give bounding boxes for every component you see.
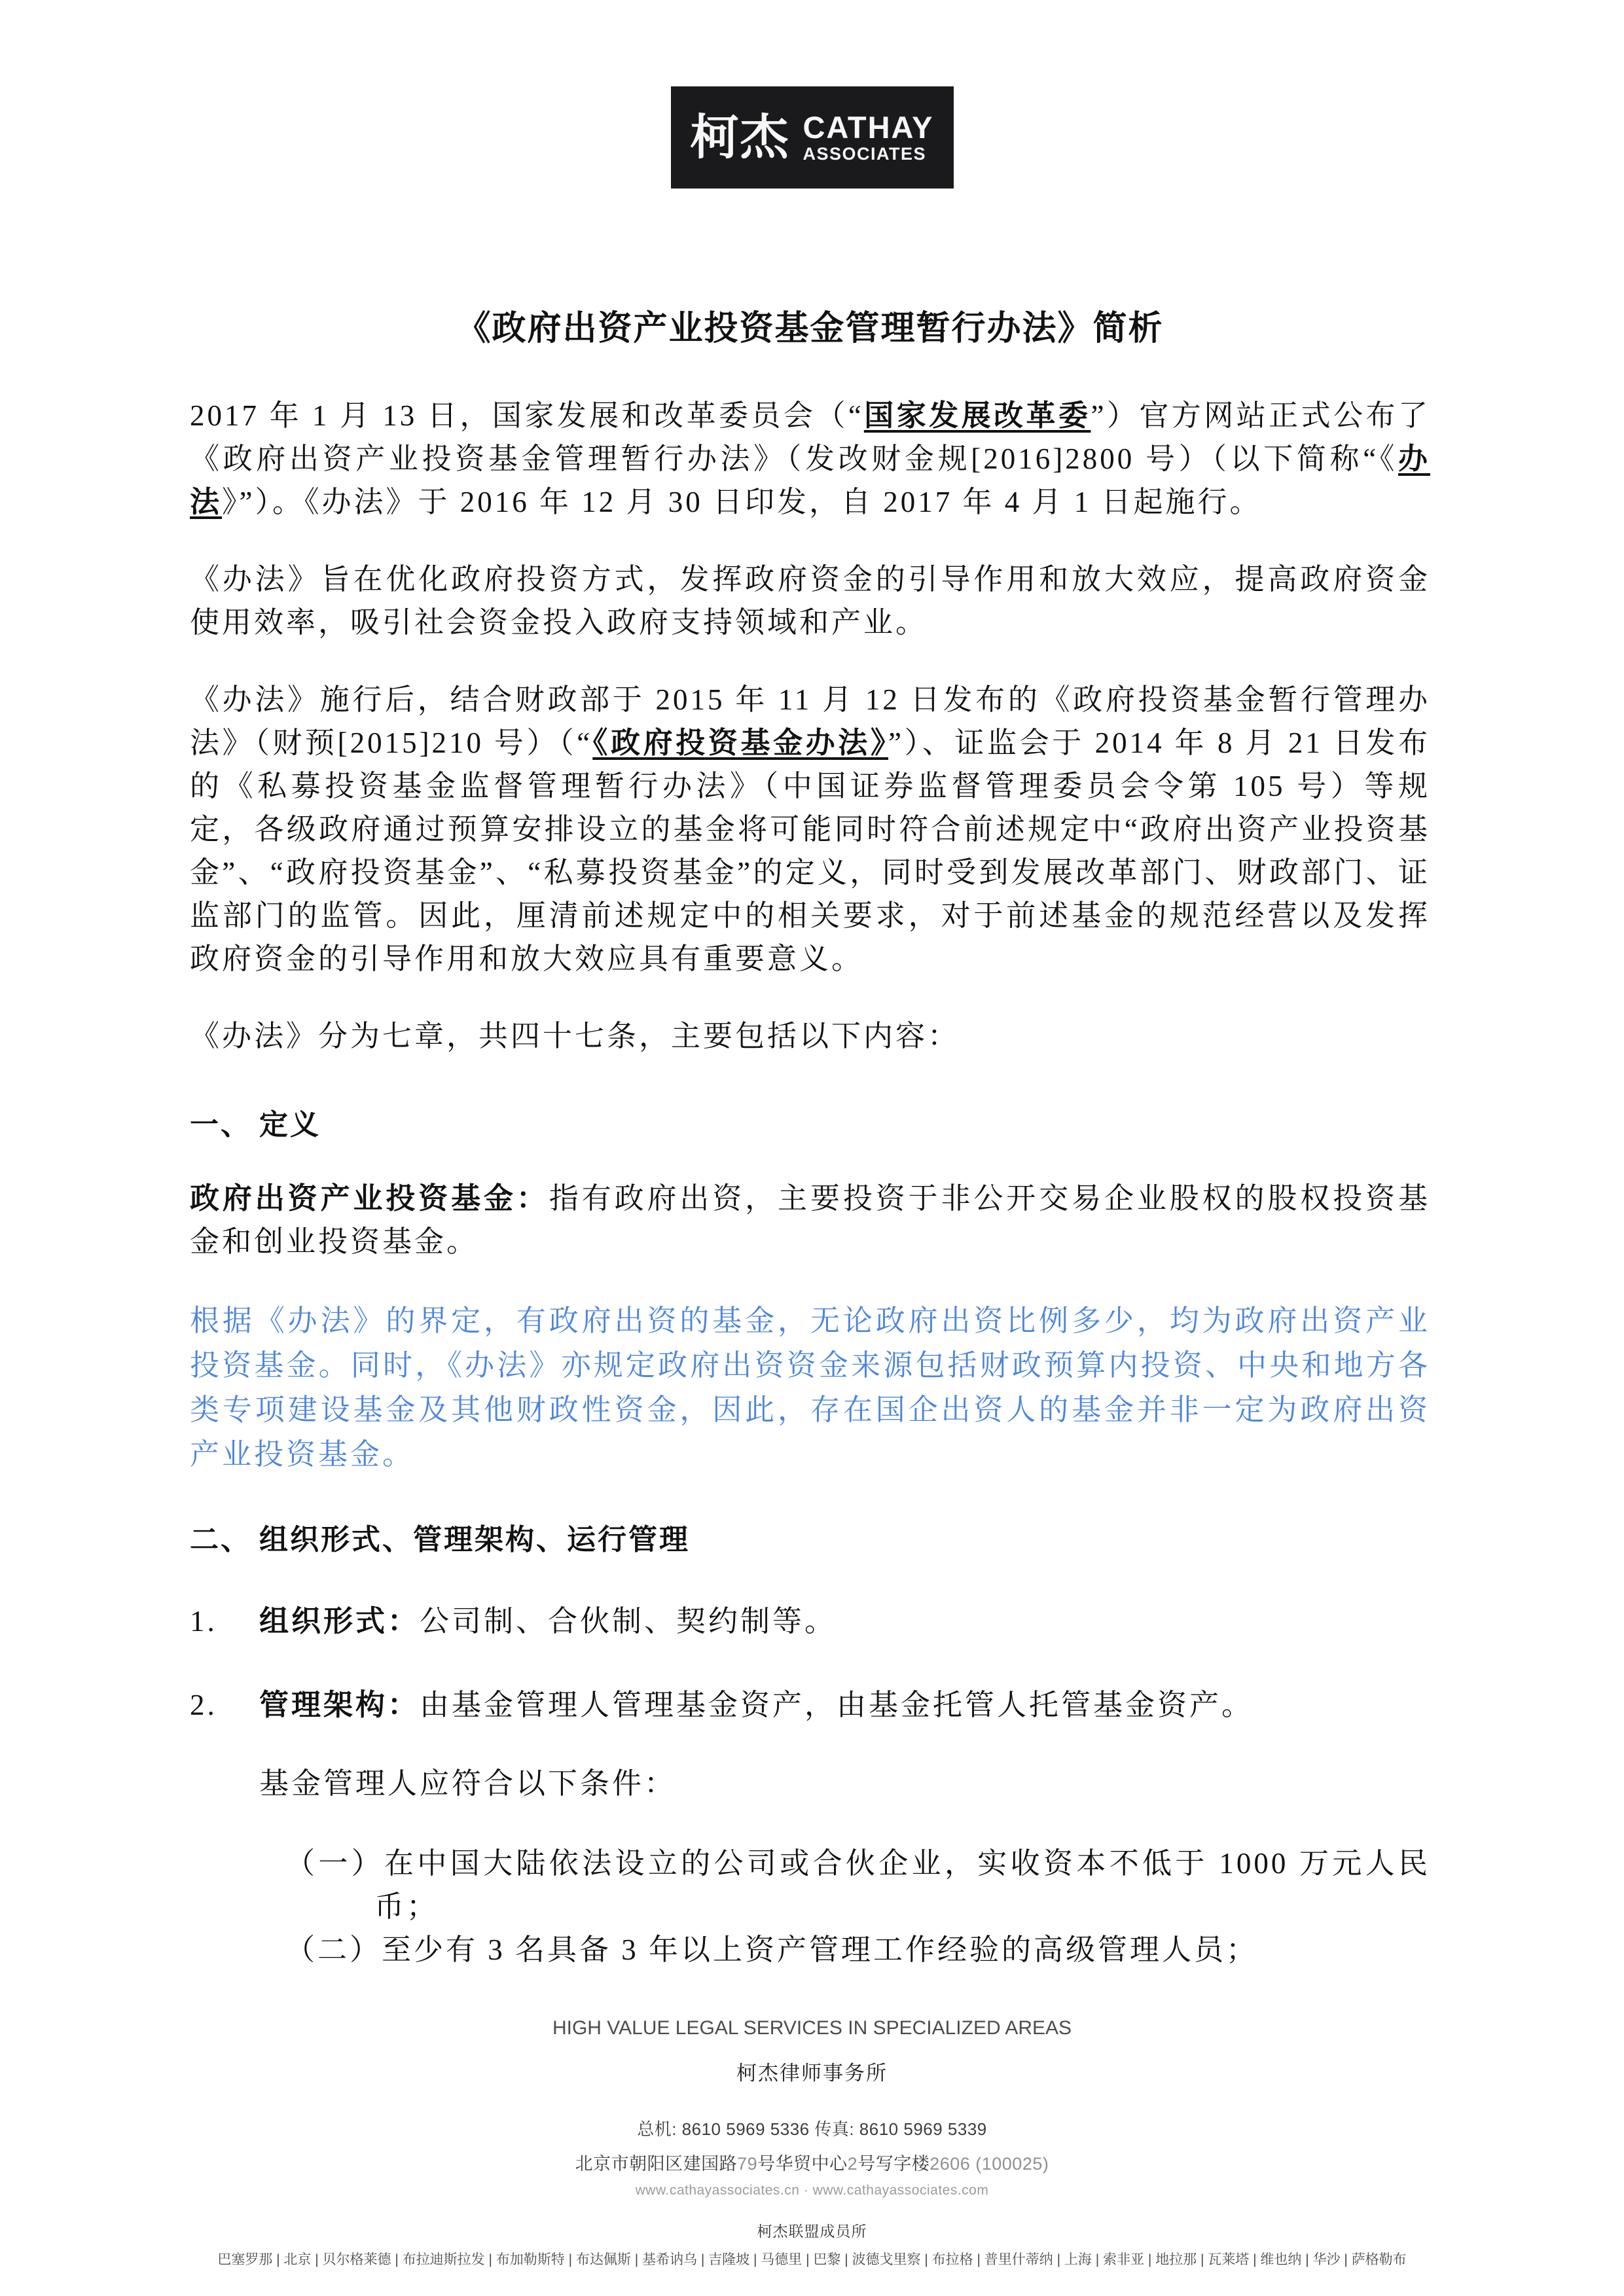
page-footer: HIGH VALUE LEGAL SERVICES IN SPECIALIZED…: [0, 2017, 1624, 2269]
text-segment: 2017 年 1 月 13 日，国家发展和改革委员会（“: [190, 399, 864, 432]
item-1-text: 组织形式：公司制、合伙制、契约制等。: [259, 1600, 1430, 1643]
body-paragraph: 《办法》旨在优化政府投资方式，发挥政府资金的引导作用和放大效应，提高政府资金使用…: [190, 558, 1430, 644]
footer-address: 北京市朝阳区建国路79号华贸中心2号写字楼2606 (100025): [0, 2149, 1624, 2175]
item-1-number: 1.: [190, 1600, 259, 1643]
footer-alliance-cities: 巴塞罗那 | 北京 | 贝尔格莱德 | 布拉迪斯拉发 | 布加勒斯特 | 布达佩…: [0, 2249, 1624, 2269]
definition-paragraph: 政府出资产业投资基金：指有政府出资，主要投资于非公开交易企业股权的股权投资基金和…: [190, 1177, 1430, 1263]
text-segment: 《办法》旨在优化政府投资方式，发挥政府资金的引导作用和放大效应，提高政府资金使用…: [190, 563, 1430, 639]
footer-websites: www.cathayassociates.cn · www.cathayasso…: [0, 2183, 1624, 2198]
body-paragraph: 2017 年 1 月 13 日，国家发展和改革委员会（“国家发展改革委”）官方网…: [190, 394, 1430, 524]
item-2-number: 2.: [190, 1683, 259, 1727]
section-1-heading: 一、 定义: [190, 1105, 1430, 1145]
manager-conditions-intro: 基金管理人应符合以下条件：: [259, 1762, 1430, 1805]
logo-container: 柯杰 CATHAY ASSOCIATES: [0, 0, 1624, 188]
text-segment: （一）在中国大陆依法设立的公司或合伙企业，实收资本不低于 1000 万元人民币；: [285, 1847, 1430, 1923]
body-paragraph: 《办法》施行后，结合财政部于 2015 年 11 月 12 日发布的《政府投资基…: [190, 678, 1430, 980]
cathay-associates-logo: 柯杰 CATHAY ASSOCIATES: [671, 86, 954, 188]
numbered-item-2: 2. 管理架构：由基金管理人管理基金资产，由基金托管人托管基金资产。: [190, 1683, 1430, 1727]
text-segment: 组织形式：: [259, 1604, 420, 1638]
text-segment: 号华贸中心: [757, 2154, 848, 2174]
numbered-item-1: 1. 组织形式：公司制、合伙制、契约制等。: [190, 1600, 1430, 1643]
item-2-text: 管理架构：由基金管理人管理基金资产，由基金托管人托管基金资产。: [259, 1683, 1430, 1727]
text-segment: 公司制、合伙制、契约制等。: [420, 1605, 837, 1638]
highlight-note: 根据《办法》的界定，有政府出资的基金，无论政府出资比例多少，均为政府出资产业投资…: [190, 1299, 1430, 1477]
section-2-heading: 二、 组织形式、管理架构、运行管理: [190, 1520, 1430, 1560]
condition-item-2: （二）至少有 3 名具备 3 年以上资产管理工作经验的高级管理人员；: [190, 1928, 1430, 1971]
intro-paragraphs: 2017 年 1 月 13 日，国家发展和改革委员会（“国家发展改革委”）官方网…: [190, 394, 1430, 1058]
text-segment: 》”）。《办法》于 2016 年 12 月 30 日印发，自 2017 年 4 …: [222, 486, 1261, 518]
text-segment: 2606 (100025): [929, 2154, 1049, 2174]
logo-associates-label: ASSOCIATES: [803, 145, 926, 163]
section-2-title: 组织形式、管理架构、运行管理: [259, 1520, 690, 1560]
text-segment: ”）、证监会于 2014 年 8 月 21 日发布的《私募投资基金监督管理暂行办…: [190, 726, 1430, 975]
body-paragraph: 《办法》分为七章，共四十七条，主要包括以下内容：: [190, 1014, 1430, 1058]
page-title: 《政府出资产业投资基金管理暂行办法》简析: [190, 306, 1430, 352]
section-1-number: 一、: [190, 1105, 259, 1145]
section-2-number: 二、: [190, 1520, 259, 1560]
text-segment: 国家发展改革委: [864, 399, 1091, 432]
condition-item-1: （一）在中国大陆依法设立的公司或合伙企业，实收资本不低于 1000 万元人民币；: [190, 1842, 1430, 1928]
section-1-title: 定义: [259, 1105, 321, 1145]
text-segment: 管理架构：: [259, 1688, 420, 1721]
text-segment: 79: [737, 2154, 757, 2174]
footer-alliance-title: 柯杰联盟成员所: [0, 2219, 1624, 2241]
logo-english-text: CATHAY ASSOCIATES: [803, 112, 933, 163]
footer-firm-name: 柯杰律师事务所: [0, 2056, 1624, 2086]
text-segment: 《办法》分为七章，共四十七条，主要包括以下内容：: [190, 1020, 960, 1052]
logo-chinese-text: 柯杰: [690, 113, 789, 162]
text-segment: 政府出资产业投资基金：: [190, 1181, 549, 1215]
text-segment: 《政府投资基金办法》: [592, 726, 888, 759]
footer-tagline: HIGH VALUE LEGAL SERVICES IN SPECIALIZED…: [0, 2017, 1624, 2039]
text-segment: 由基金管理人管理基金资产，由基金托管人托管基金资产。: [420, 1689, 1254, 1721]
text-segment: 2: [848, 2154, 858, 2174]
footer-phone-fax: 总机: 8610 5969 5336 传真: 8610 5969 5339: [0, 2116, 1624, 2140]
text-segment: 北京市朝阳区建国路: [575, 2154, 738, 2174]
document-body: 《政府出资产业投资基金管理暂行办法》简析 2017 年 1 月 13 日，国家发…: [0, 306, 1624, 1971]
document-page: 柯杰 CATHAY ASSOCIATES 《政府出资产业投资基金管理暂行办法》简…: [0, 0, 1624, 2296]
text-segment: 号写字楼: [857, 2154, 929, 2174]
logo-cathay-label: CATHAY: [803, 112, 933, 143]
text-segment: （二）至少有 3 名具备 3 年以上资产管理工作经验的高级管理人员；: [285, 1933, 1258, 1966]
